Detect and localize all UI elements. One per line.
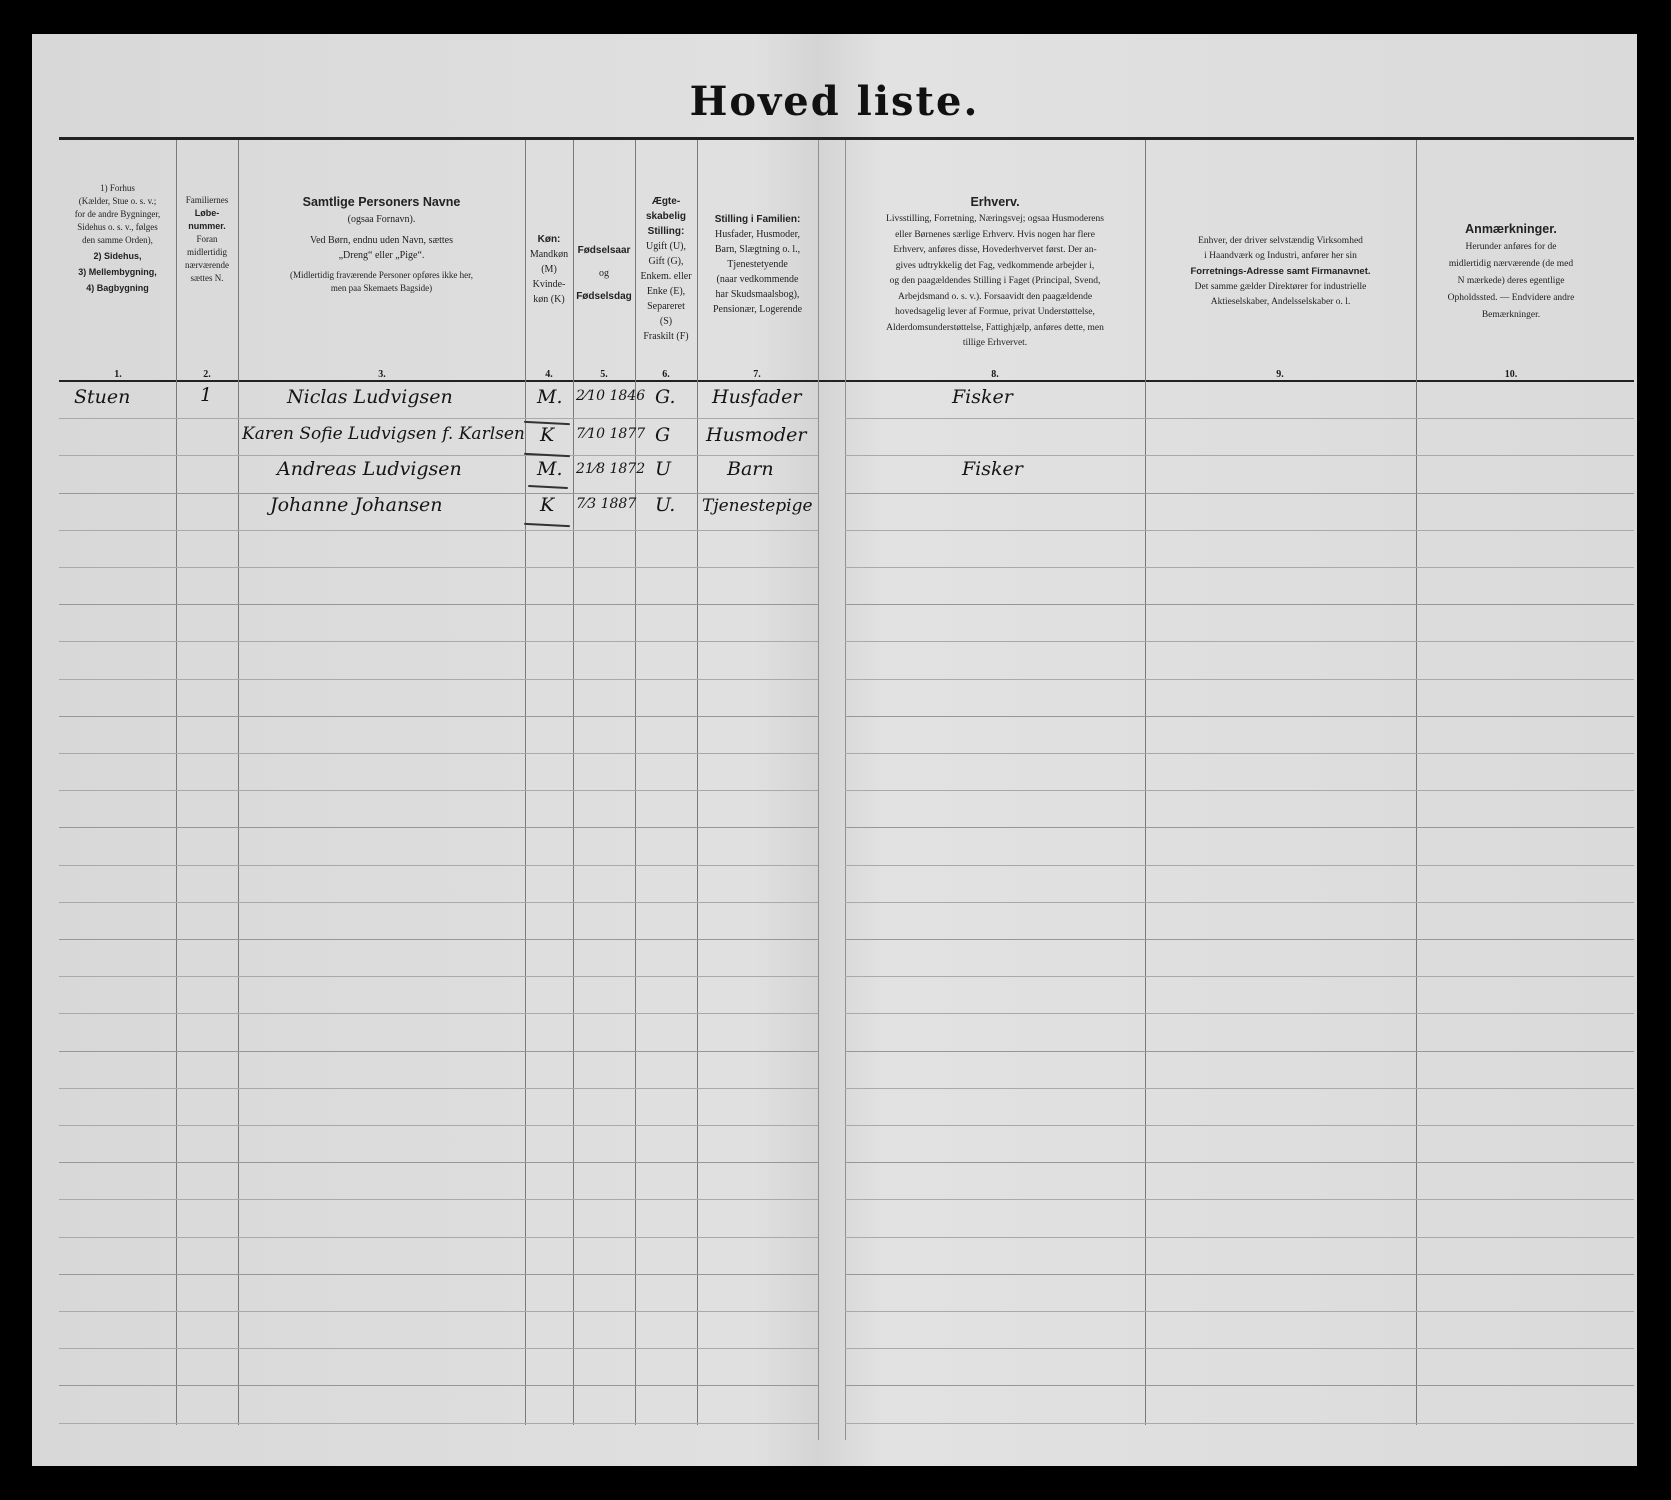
ledger-row-line — [845, 1385, 1634, 1386]
ledger-row-line — [59, 1274, 818, 1275]
ledger-row-line — [845, 939, 1634, 940]
ledger-row-line — [59, 679, 818, 680]
ledger-row-line — [59, 455, 818, 456]
ledger-row-line — [845, 753, 1634, 754]
ledger-row-line — [845, 1274, 1634, 1275]
ledger-row-line — [845, 1237, 1634, 1238]
entry-4-name: Johanne Johansen — [270, 494, 442, 516]
entry-4-birth: 7⁄3 1887 — [576, 496, 636, 512]
header-bottom-rule — [59, 380, 1634, 382]
column-number-1: 1. — [98, 369, 138, 380]
ledger-row-line — [845, 418, 1634, 419]
header-col-7: Stilling i Familien: Husfader, Husmoder,… — [697, 212, 818, 317]
ledger-row-line — [845, 1199, 1634, 1200]
ledger-row-line — [845, 455, 1634, 456]
col-divider — [176, 140, 177, 1425]
col-divider — [697, 140, 698, 1425]
entry-2-birth: 7⁄10 1877 — [576, 426, 645, 442]
col-divider — [1416, 140, 1417, 1425]
underline-mark — [524, 523, 570, 527]
ledger-row-line — [845, 1125, 1634, 1126]
ledger-row-line — [59, 1311, 818, 1312]
entry-4-family-position: Tjenestepige — [702, 496, 813, 516]
entry-4-sex: K — [540, 494, 554, 516]
ledger-row-line — [845, 976, 1634, 977]
entry-2-sex: K — [540, 424, 554, 446]
ledger-row-line — [59, 827, 818, 828]
entry-3-sex: M. — [537, 458, 563, 480]
ledger-row-line — [59, 641, 818, 642]
column-number-10: 10. — [1491, 369, 1531, 380]
ledger-row-line — [845, 865, 1634, 866]
column-number-3: 3. — [362, 369, 402, 380]
ledger-row-line — [845, 1162, 1634, 1163]
entry-1-family-no: 1 — [200, 384, 212, 406]
ledger-row-line — [845, 716, 1634, 717]
census-form-page: Hoved liste. 1) Forhus (Kælder, Stue o. … — [32, 34, 1637, 1466]
ledger-row-line — [59, 1013, 818, 1014]
ledger-row-line — [845, 827, 1634, 828]
ledger-row-line — [845, 679, 1634, 680]
ledger-row-line — [845, 1311, 1634, 1312]
entry-1-name: Niclas Ludvigsen — [287, 386, 453, 408]
entry-3-occupation: Fisker — [962, 458, 1023, 480]
ledger-row-line — [845, 1088, 1634, 1089]
entry-1-building: Stuen — [74, 386, 130, 408]
underline-mark — [524, 453, 570, 457]
entry-3-birth: 21⁄8 1872 — [576, 461, 645, 477]
header-col-4: Køn: Mandkøn (M) Kvinde- køn (K) — [525, 232, 573, 307]
page-gutter-left — [818, 140, 819, 1440]
top-rule — [59, 137, 1634, 140]
ledger-row-line — [59, 1051, 818, 1052]
header-col-5: Fødselsaar og Fødselsdag — [573, 239, 635, 308]
column-number-6: 6. — [646, 369, 686, 380]
ledger-row-line — [59, 1385, 818, 1386]
entry-2-family-position: Husmoder — [706, 424, 807, 446]
ledger-row-line — [59, 753, 818, 754]
entry-3-marital: U — [655, 458, 671, 480]
ledger-row-line — [845, 1051, 1634, 1052]
header-col-3: Samtlige Personers Navne (ogsaa Fornavn)… — [238, 192, 525, 295]
ledger-row-line — [59, 1423, 818, 1424]
page-title: Hoved liste. — [32, 78, 1637, 125]
header-col-6: Ægte- skabelig Stilling: Ugift (U), Gift… — [635, 194, 697, 344]
entry-1-occupation: Fisker — [952, 386, 1013, 408]
ledger-row-line — [59, 716, 818, 717]
col-divider — [525, 140, 526, 1425]
ledger-row-line — [59, 790, 818, 791]
header-col-2: Familiernes Løbe- nummer. Foran midlerti… — [176, 194, 238, 285]
ledger-row-line — [845, 1423, 1634, 1424]
ledger-row-line — [845, 902, 1634, 903]
ledger-row-line — [59, 418, 818, 419]
ledger-row-line — [845, 604, 1634, 605]
header-col-8: Erhverv. Livsstilling, Forretning, Nærin… — [845, 192, 1145, 352]
ledger-row-line — [845, 493, 1634, 494]
ledger-row-line — [845, 641, 1634, 642]
entry-2-marital: G — [655, 424, 670, 446]
header-col-9: Enhver, der driver selvstændig Virksomhe… — [1145, 234, 1416, 310]
ledger-row-line — [845, 567, 1634, 568]
ledger-row-line — [59, 567, 818, 568]
col-divider — [238, 140, 239, 1425]
ledger-row-line — [59, 902, 818, 903]
ledger-row-line — [59, 530, 818, 531]
ledger-row-line — [59, 1125, 818, 1126]
column-number-5: 5. — [584, 369, 624, 380]
ledger-row-line — [59, 976, 818, 977]
ledger-row-line — [845, 790, 1634, 791]
header-col-10: Anmærkninger. Herunder anføres for de mi… — [1416, 219, 1606, 324]
entry-4-marital: U. — [655, 494, 675, 516]
entry-2-name: Karen Sofie Ludvigsen f. Karlsen — [242, 424, 525, 444]
ledger-row-line — [59, 1162, 818, 1163]
ledger-row-line — [845, 1348, 1634, 1349]
ledger-row-line — [59, 939, 818, 940]
entry-1-sex: M. — [537, 386, 563, 408]
column-number-4: 4. — [529, 369, 569, 380]
column-number-2: 2. — [187, 369, 227, 380]
col-divider — [573, 140, 574, 1425]
column-number-7: 7. — [737, 369, 777, 380]
entry-3-family-position: Barn — [727, 458, 774, 480]
entry-3-name: Andreas Ludvigsen — [277, 458, 462, 480]
entry-1-birth: 2⁄10 1846 — [576, 388, 645, 404]
underline-mark — [528, 485, 568, 489]
column-number-9: 9. — [1260, 369, 1300, 380]
ledger-row-line — [845, 530, 1634, 531]
ledger-row-line — [59, 1088, 818, 1089]
ledger-row-line — [59, 1237, 818, 1238]
entry-1-family-position: Husfader — [712, 386, 801, 408]
ledger-row-line — [59, 604, 818, 605]
ledger-row-line — [59, 1348, 818, 1349]
col-divider — [1145, 140, 1146, 1425]
header-col-1: 1) Forhus (Kælder, Stue o. s. v.; for de… — [59, 182, 176, 295]
column-number-8: 8. — [975, 369, 1015, 380]
entry-1-marital: G. — [655, 386, 676, 408]
ledger-row-line — [845, 1013, 1634, 1014]
ledger-row-line — [59, 1199, 818, 1200]
ledger-row-line — [59, 865, 818, 866]
